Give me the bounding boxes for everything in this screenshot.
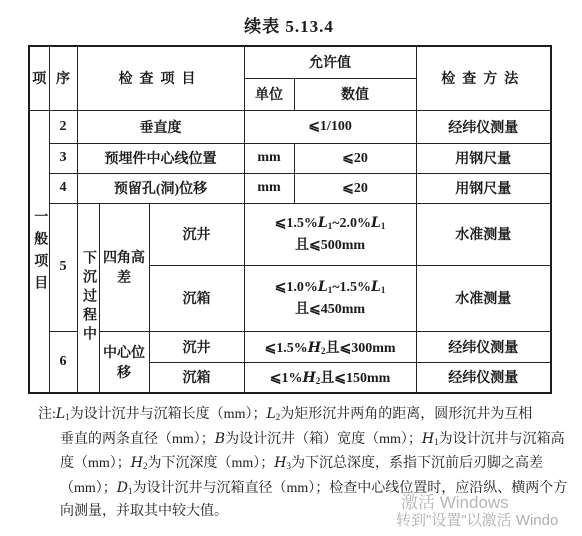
- row6-item: 中心位移: [99, 331, 149, 393]
- row5b-method: 水准测量: [416, 265, 551, 331]
- table-row-6a: 6 中心位移 沉井 ⩽1.5%H2且⩽300mm 经纬仪测量: [29, 331, 551, 362]
- phase-label-cell: 下沉过程中: [77, 203, 99, 393]
- table-header-row: 项 序 检查项目 允许值 检查方法: [29, 46, 551, 78]
- section-label-cell: 一般项目: [29, 110, 49, 393]
- row2-item: 垂直度: [77, 110, 244, 143]
- document-page: { "page_title": "续表 5.13.4", "table": { …: [0, 0, 582, 536]
- row4-seq: 4: [49, 173, 77, 203]
- row5b-subitem: 沉箱: [149, 265, 244, 331]
- row5a-value: ⩽1.5%L1~2.0%L1 且⩽500mm: [244, 203, 416, 265]
- section-label: 一般项目: [32, 201, 46, 297]
- row5-item: 四角高差: [99, 203, 149, 331]
- windows-activation-watermark-subtitle: 转到"设置"以激活 Windo: [396, 509, 558, 530]
- row3-item: 预埋件中心线位置: [77, 143, 244, 173]
- row5a-subitem: 沉井: [149, 203, 244, 265]
- row2-method: 经纬仪测量: [416, 110, 551, 143]
- footnote-line: 垂直的两条直径（mm）；B为设计沉井（箱）宽度（mm）；H1为设计沉井与沉箱高: [38, 427, 567, 452]
- row6-seq: 6: [49, 331, 77, 393]
- col-header-item: 项: [29, 46, 49, 110]
- row4-method: 用钢尺量: [416, 173, 551, 203]
- row6b-method: 经纬仪测量: [416, 362, 551, 393]
- row6a-method: 经纬仪测量: [416, 331, 551, 362]
- row3-unit: mm: [244, 143, 294, 173]
- row3-seq: 3: [49, 143, 77, 173]
- row6a-value: ⩽1.5%H2且⩽300mm: [244, 331, 416, 362]
- row5b-value: ⩽1.0%L1~1.5%L1 且⩽450mm: [244, 265, 416, 331]
- table-row-4: 4 预留孔(洞)位移 mm ⩽20 用钢尺量: [29, 173, 551, 203]
- row3-method: 用钢尺量: [416, 143, 551, 173]
- col-header-seq: 序: [49, 46, 77, 110]
- row6a-subitem: 沉井: [149, 331, 244, 362]
- table-row-3: 3 预埋件中心线位置 mm ⩽20 用钢尺量: [29, 143, 551, 173]
- row5a-value-line1: ⩽1.5%L1~2.0%L1: [245, 212, 416, 235]
- row2-value: ⩽1/100: [244, 110, 416, 143]
- table-row-2: 一般项目 2 垂直度 ⩽1/100 经纬仪测量: [29, 110, 551, 143]
- row6b-subitem: 沉箱: [149, 362, 244, 393]
- col-header-allowed: 允许值: [244, 46, 416, 78]
- row4-item: 预留孔(洞)位移: [77, 173, 244, 203]
- inspection-table: 项 序 检查项目 允许值 检查方法 单位 数值 一般项目 2 垂直度 ⩽1/10…: [28, 45, 552, 394]
- col-header-unit: 单位: [244, 78, 294, 110]
- row4-value: ⩽20: [294, 173, 416, 203]
- row5-seq: 5: [49, 203, 77, 331]
- row5a-method: 水准测量: [416, 203, 551, 265]
- row5a-value-line2: 且⩽500mm: [245, 235, 416, 257]
- col-header-inspection: 检查项目: [77, 46, 244, 110]
- page-title: 续表 5.13.4: [28, 12, 550, 37]
- row6b-value: ⩽1%H2且⩽150mm: [244, 362, 416, 393]
- phase-label: 下沉过程中: [81, 245, 95, 345]
- row5b-value-line1: ⩽1.0%L1~1.5%L1: [245, 276, 416, 299]
- footnote-line: 度（mm）；H2为下沉深度（mm）；H3为下沉总深度，系指下沉前后刃脚之高差: [38, 451, 567, 476]
- col-header-method: 检查方法: [416, 46, 551, 110]
- table-row-5a: 5 下沉过程中 四角高差 沉井 ⩽1.5%L1~2.0%L1 且⩽500mm 水…: [29, 203, 551, 265]
- row5b-value-line2: 且⩽450mm: [245, 299, 416, 321]
- col-header-value: 数值: [294, 78, 416, 110]
- footnote-line: 注:L1为设计沉井与沉箱长度（mm）；L2为矩形沉井两角的距离，圆形沉井为互相: [38, 402, 567, 427]
- row2-seq: 2: [49, 110, 77, 143]
- row4-unit: mm: [244, 173, 294, 203]
- row3-value: ⩽20: [294, 143, 416, 173]
